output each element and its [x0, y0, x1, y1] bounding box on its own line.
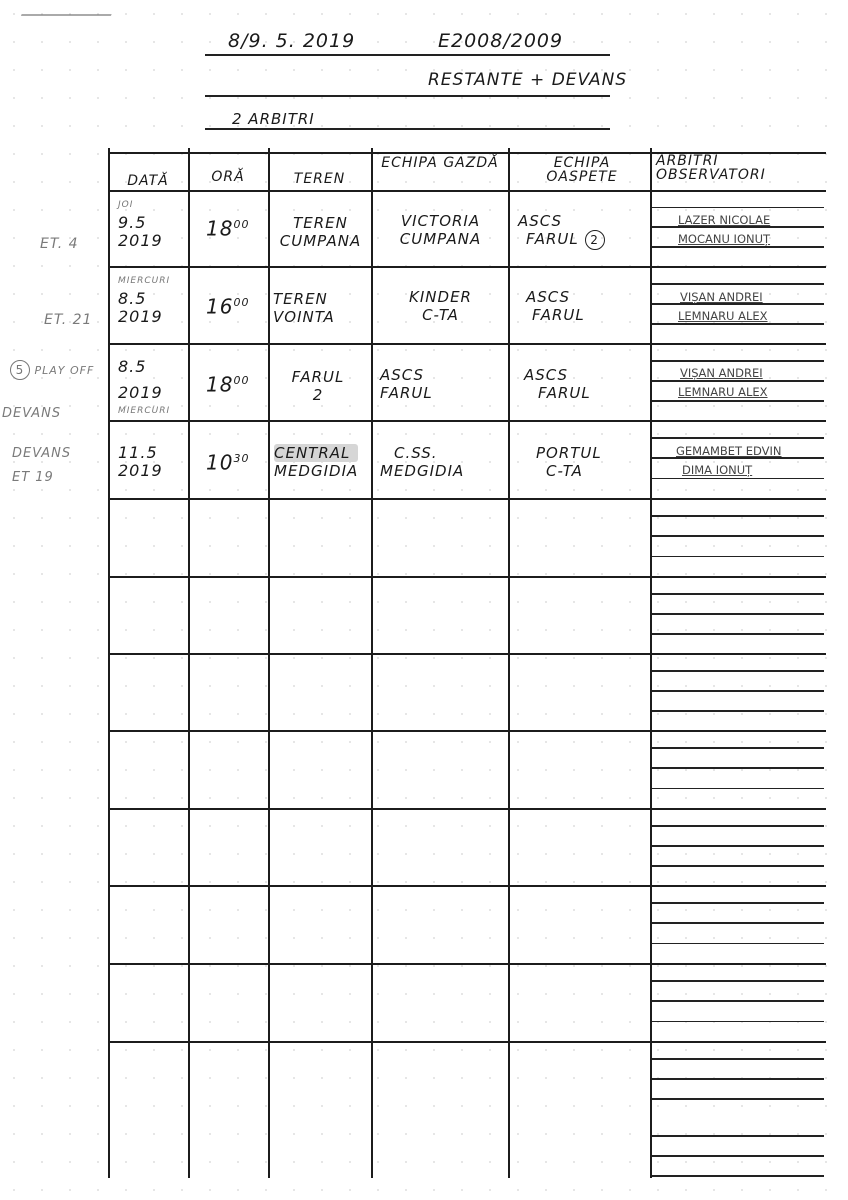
referee-1: VIȘAN ANDREI: [680, 288, 763, 306]
header-referee-note: 2 ARBITRI: [232, 110, 315, 128]
margin-note-row-3: 5 PLAY OFF: [10, 360, 94, 380]
referee-line: [652, 788, 824, 790]
home-team: KINDERC-TA: [373, 288, 508, 324]
referee-2: DIMA IONUȚ: [682, 461, 752, 479]
away-team: ASCSFARUL: [526, 288, 585, 324]
scan-corner-mark: [6, 14, 111, 56]
referee-line: [652, 633, 824, 635]
day-note: MIERCURI: [118, 402, 170, 420]
margin-note-row-1: ET. 4: [40, 236, 79, 252]
referee-line: [652, 535, 824, 537]
column-header-home-team: ECHIPA GAZDĂ: [380, 156, 500, 170]
referee-line: [652, 1135, 824, 1137]
day-note: MIERCURI: [118, 272, 170, 290]
referee-line: [652, 437, 824, 439]
match-year: 2019: [118, 308, 170, 326]
referee-line: [652, 865, 824, 867]
match-venue: TERENVOINTA: [273, 290, 335, 326]
referee-line: [652, 360, 824, 362]
column-header-date: DATĂ: [112, 174, 184, 188]
referee-1: LAZER NICOLAE: [678, 211, 770, 229]
referee-line: [652, 710, 824, 712]
header-rule-2: [205, 95, 610, 97]
match-year: 2019: [118, 384, 170, 402]
match-venue: TERENCUMPANA: [268, 214, 373, 250]
header-rule-1: [205, 54, 610, 56]
day-note: JOI: [118, 196, 163, 214]
referee-line: [652, 845, 824, 847]
schedule-table: DATĂ ORĂ TEREN ECHIPA GAZDĂ ECHIPA OASPE…: [108, 148, 826, 1178]
margin-note-row-4: DEVANS: [12, 446, 71, 461]
referee-line: [652, 1058, 824, 1060]
referee-line: [652, 943, 824, 945]
header-age-group: E2008/2009: [438, 30, 563, 52]
referee-line: [652, 1175, 824, 1177]
referee-line: [652, 767, 824, 769]
referee-line: [652, 1078, 824, 1080]
referee-line: [652, 747, 824, 749]
referee-line: [652, 613, 824, 615]
playoff-label: PLAY OFF: [35, 364, 95, 377]
match-date: 11.5: [118, 444, 163, 462]
referee-line: [652, 283, 824, 285]
column-header-away-team: ECHIPA OASPETE: [518, 156, 646, 184]
margin-note-row-2: ET. 21: [44, 312, 92, 328]
referee-1: VIȘAN ANDREI: [680, 364, 763, 382]
referee-line: [652, 1098, 824, 1100]
match-date: 9.5: [118, 214, 163, 232]
match-year: 2019: [118, 462, 163, 480]
match-venue: FARUL2: [278, 368, 358, 404]
match-time: 1800: [206, 216, 249, 238]
away-team: ASCSFARUL: [524, 366, 591, 402]
referee-line: [652, 690, 824, 692]
referee-line: [652, 670, 824, 672]
column-header-referees: ARBITRI OBSERVATORI: [656, 154, 816, 182]
referee-line: [652, 1000, 824, 1002]
column-header-venue: TEREN: [272, 172, 367, 186]
match-time: 1600: [206, 294, 249, 316]
referee-line: [652, 980, 824, 982]
header-subtitle: RESTANTE + DEVANS: [428, 70, 627, 90]
margin-note-row-4b: ET 19: [12, 470, 54, 485]
away-team: ASCSFARUL 2: [518, 212, 605, 250]
match-year: 2019: [118, 232, 163, 250]
referee-1: GEMAMBET EDVIN: [676, 442, 782, 460]
home-team: ASCSFARUL: [380, 366, 433, 402]
referee-2: LEMNARU ALEX: [678, 383, 768, 401]
referee-line: [652, 922, 824, 924]
referee-line: [652, 556, 824, 558]
referee-line: [652, 593, 824, 595]
match-venue: CENTRALMEDGIDIA: [274, 444, 358, 480]
match-date: 8.5: [118, 290, 170, 308]
match-time: 1030: [206, 450, 249, 472]
referee-line: [652, 515, 824, 517]
referee-line: [652, 207, 824, 209]
playoff-number-badge: 5: [10, 360, 30, 380]
referee-line: [652, 902, 824, 904]
header-dates: 8/9. 5. 2019: [228, 30, 355, 52]
match-date: 8.5: [118, 358, 170, 376]
referee-line: [652, 1021, 824, 1023]
home-team: C.SS.MEDGIDIA: [380, 444, 464, 480]
team-number-badge: 2: [585, 230, 605, 250]
column-header-time: ORĂ: [192, 170, 264, 184]
referee-line: [652, 825, 824, 827]
match-time: 1800: [206, 372, 249, 394]
referee-line: [652, 1155, 824, 1157]
home-team: VICTORIACUMPANA: [373, 212, 508, 248]
header-rule-3: [205, 128, 610, 130]
away-team: PORTULC-TA: [536, 444, 602, 480]
margin-note-row-3b: DEVANS: [2, 406, 61, 421]
referee-2: LEMNARU ALEX: [678, 307, 768, 325]
referee-2: MOCANU IONUȚ: [678, 230, 770, 248]
